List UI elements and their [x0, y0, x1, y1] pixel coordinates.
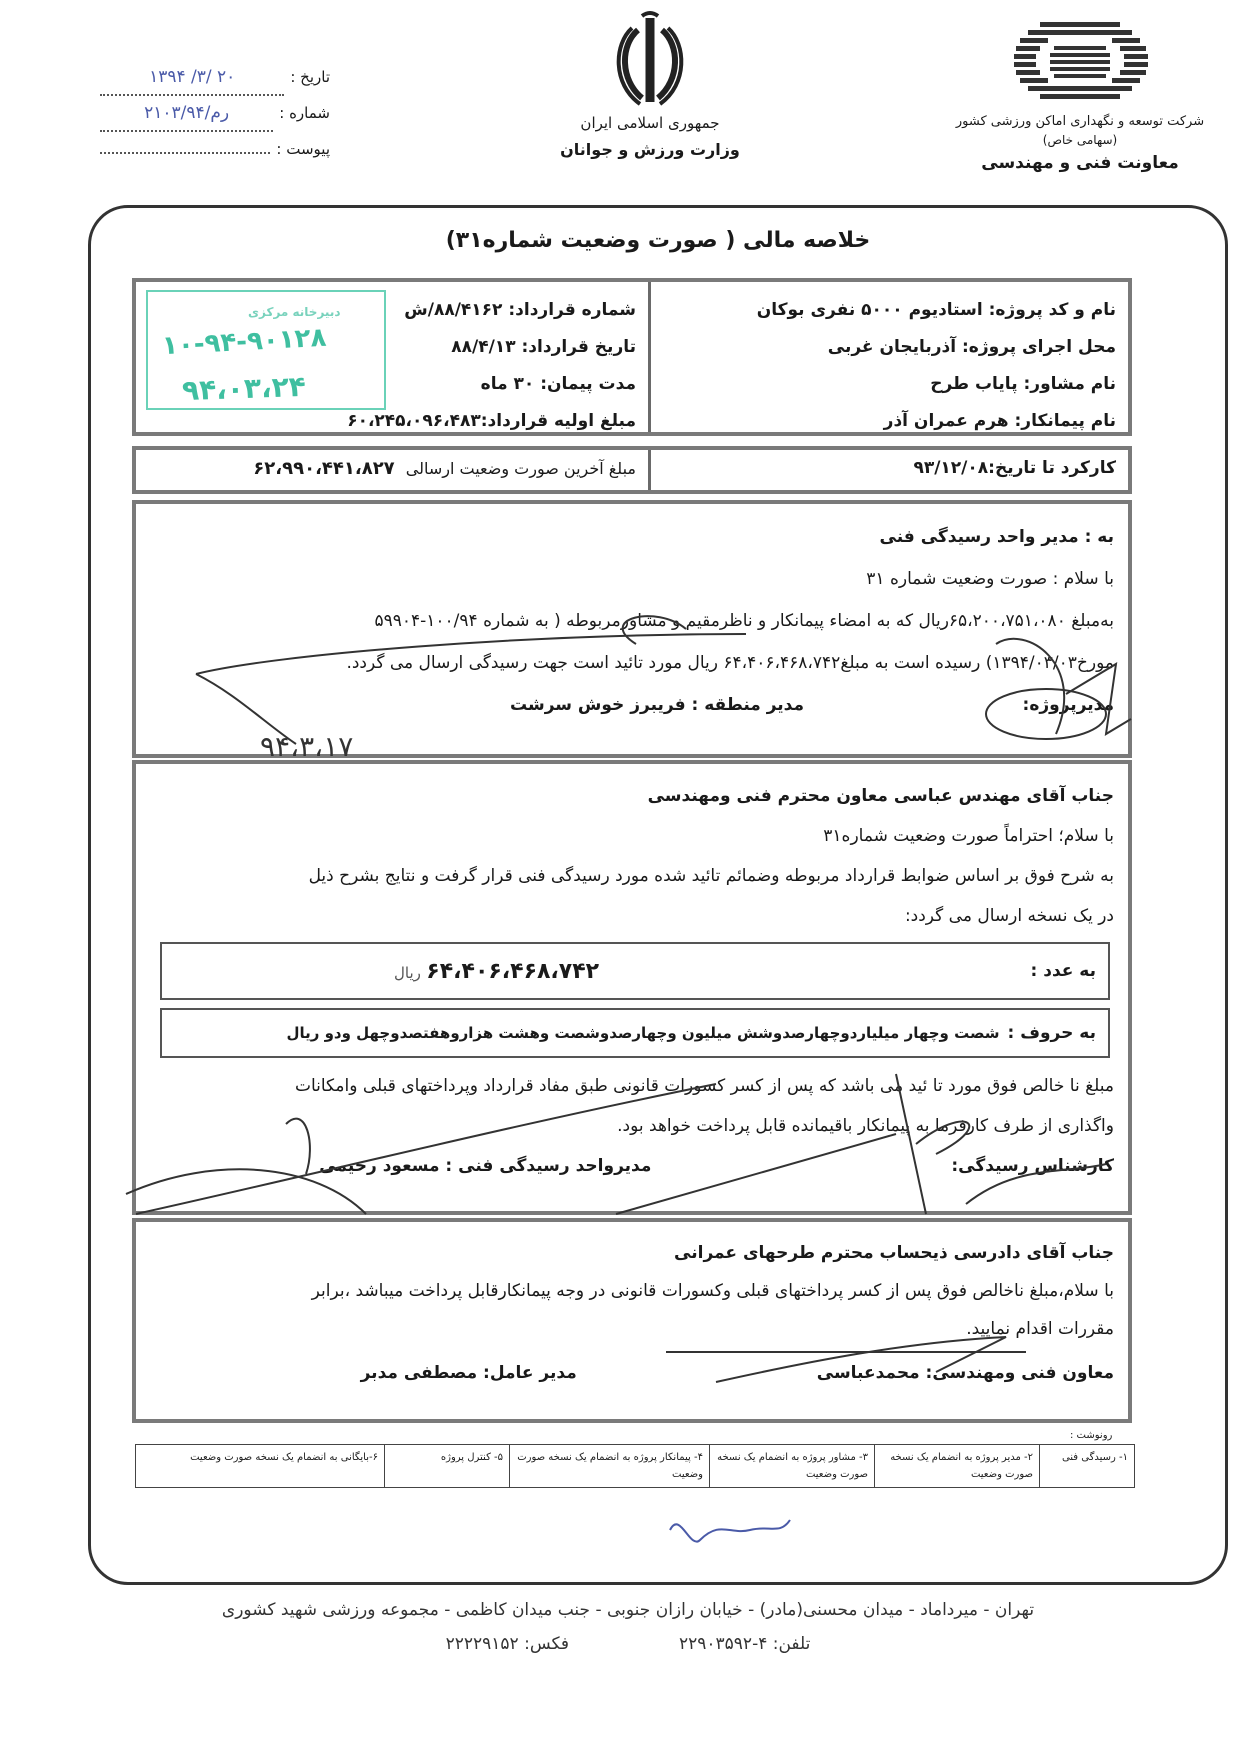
distribution-cell-2: ۲- مدیر پروژه به انضمام یک نسخه صورت وضع… [874, 1445, 1039, 1487]
number-value: ۲۱۰۳/۹۴/رم [100, 96, 273, 132]
distribution-cell-1: ۱- رسیدگی فنی [1039, 1445, 1134, 1487]
project-manager-label: مدیرپروژه: [1023, 684, 1114, 726]
distribution-cell-5: ۵- کنترل پروژه [384, 1445, 509, 1487]
section3-body-2: مقررات اقدام نمایید. [150, 1310, 1114, 1348]
project-info-box: نام و کد پروژه: استادیوم ۵۰۰۰ نفری بوکان… [132, 278, 1132, 436]
last-statement: مبلغ آخرین صورت وضعیت ارسالی ۶۲،۹۹۰،۴۴۱،… [136, 450, 648, 490]
section-technical-review-request: به : مدیر واحد رسیدگی فنی با سلام : صورت… [132, 500, 1132, 758]
section1-body-1: به‌مبلغ ۶۵،۲۰۰،۷۵۱،۰۸۰ریال که به امضاء پ… [150, 600, 1114, 642]
section2-body-1: به شرح فوق بر اساس ضوابط قرارداد مربوطه … [150, 856, 1114, 896]
last-statement-label: مبلغ آخرین صورت وضعیت ارسالی [406, 459, 636, 478]
unit-manager: مدیرواحد رسیدگی فنی : مسعود رحیمی [319, 1146, 651, 1186]
amount-numeric: ۶۴،۴۰۶،۴۶۸،۷۴۲ ریال [174, 959, 599, 984]
section2-recipient: جناب آقای مهندس عباسی معاون محترم فنی وم… [150, 776, 1114, 816]
amount-words-label: به حروف : [1008, 1023, 1096, 1043]
section-treasury-approval: جناب آقای دادرسی ذیحساب محترم طرحهای عمر… [132, 1218, 1132, 1423]
registry-stamp: دبیرخانه مرکزی ۱۰-۹۴-۹۰۱۲۸ ۹۴،۰۳،۲۴ [146, 290, 386, 410]
handwritten-note [660, 1500, 800, 1560]
company-header: شرکت توسعه و نگهداری اماکن ورزشی کشور (س… [940, 18, 1220, 173]
stamp-number: ۱۰-۹۴-۹۰۱۲۸ [161, 320, 327, 366]
date-row: تاریخ : ۱۳۹۴ /۳/ ۲۰ [100, 60, 330, 96]
work-summary-box: کارکرد تا تاریخ:۹۳/۱۲/۰۸ مبلغ آخرین صورت… [132, 446, 1132, 494]
company-type: (سهامی خاص) [940, 133, 1220, 147]
iran-emblem-icon [610, 10, 690, 110]
region-manager: مدیر منطقه : فریبرز خوش سرشت [510, 684, 804, 726]
amount-numeric-value: ۶۴،۴۰۶،۴۶۸،۷۴۲ [426, 959, 599, 984]
letter-meta: تاریخ : ۱۳۹۴ /۳/ ۲۰ شماره : ۲۱۰۳/۹۴/رم پ… [100, 60, 330, 166]
section2-note-2: واگذاری از طرف کارفرما به پیمانکار باقیم… [150, 1106, 1114, 1146]
footer-fax: فکس: ۲۲۲۲۹۱۵۲ [446, 1634, 569, 1654]
section-technical-review-result: جناب آقای مهندس عباسی معاون محترم فنی وم… [132, 760, 1132, 1215]
section1-greeting: با سلام : صورت وضعیت شماره ۳۱ [150, 558, 1114, 600]
stamp-date: ۹۴،۰۳،۲۴ [181, 368, 306, 409]
footer-address: تهران - میرداماد - میدان محسنی(مادر) - خ… [88, 1600, 1168, 1620]
ministry-name: وزارت ورزش و جوانان [520, 140, 780, 159]
project-info-right: نام و کد پروژه: استادیوم ۵۰۰۰ نفری بوکان… [648, 282, 1128, 432]
ceo-signature-line: مدیر عامل: مصطفی مدبر [361, 1354, 577, 1392]
date-label: تاریخ : [290, 60, 330, 94]
attachment-value [100, 132, 270, 154]
company-name: شرکت توسعه و نگهداری اماکن ورزشی کشور [940, 114, 1220, 129]
work-until-date: کارکرد تا تاریخ:۹۳/۱۲/۰۸ [648, 450, 1128, 490]
date-value: ۱۳۹۴ /۳/ ۲۰ [100, 60, 284, 96]
country-name: جمهوری اسلامی ایران [520, 114, 780, 132]
contractor-name: نام پیمانکار: هرم عمران آذر [663, 403, 1116, 440]
attachment-row: پیوست : [100, 132, 330, 166]
amount-numeric-label: به عدد : [1031, 961, 1097, 981]
number-label: شماره : [279, 96, 330, 130]
section2-note-1: مبلغ نا خالص فوق مورد تا ئید می باشد که … [150, 1066, 1114, 1106]
amount-words-box: به حروف : شصت وچهار میلیاردوچهارصدوشش می… [160, 1008, 1110, 1058]
amount-numeric-unit: ریال [394, 964, 421, 982]
distribution-table: ۱- رسیدگی فنی ۲- مدیر پروژه به انضمام یک… [135, 1444, 1135, 1488]
reviewer-label: کارشناس رسیدگی: [951, 1146, 1114, 1186]
project-name: نام و کد پروژه: استادیوم ۵۰۰۰ نفری بوکان [663, 292, 1116, 329]
section1-recipient: به : مدیر واحد رسیدگی فنی [150, 516, 1114, 558]
footer: تهران - میرداماد - میدان محسنی(مادر) - خ… [88, 1600, 1168, 1654]
deputy-signature-line: معاون فنی ومهندسی: محمدعباسی [817, 1354, 1114, 1392]
footer-phone: تلفن: ۴-۲۲۹۰۳۵۹۲ [679, 1634, 810, 1654]
attachment-label: پیوست : [276, 132, 330, 166]
ministry-header: جمهوری اسلامی ایران وزارت ورزش و جوانان [520, 10, 780, 159]
document-title: خلاصه مالی ( صورت وضعیت شماره۳۱) [88, 228, 1228, 253]
last-statement-value: ۶۲،۹۹۰،۴۴۱،۸۲۷ [253, 458, 394, 479]
section3-body-1: با سلام،مبلغ ناخالص فوق پس از کسر پرداخت… [150, 1272, 1114, 1310]
section2-greeting: با سلام؛ احتراماً صورت وضعیت شماره۳۱ [150, 816, 1114, 856]
department-name: معاونت فنی و مهندسی [940, 153, 1220, 173]
section1-body-2: مورخ۱۳۹۴/۰۳/۰۳) رسیده است به مبلغ۶۴،۴۰۶،… [150, 642, 1114, 684]
contract-info: شماره قرارداد: ۸۸/۴۱۶۲/ش تاریخ قرارداد: … [136, 282, 648, 432]
amount-numeric-box: به عدد : ۶۴،۴۰۶،۴۶۸،۷۴۲ ریال [160, 942, 1110, 1000]
amount-words-value: شصت وچهار میلیاردوچهارصدوشش میلیون وچهار… [286, 1024, 999, 1042]
distribution-cell-3: ۳- مشاور پروژه به انضمام یک نسخه صورت وض… [709, 1445, 874, 1487]
project-location: محل اجرای پروژه: آذربایجان غربی [663, 329, 1116, 366]
section3-recipient: جناب آقای دادرسی ذیحساب محترم طرحهای عمر… [150, 1234, 1114, 1272]
distribution-cell-4: ۴- پیمانکار پروژه به انضمام یک نسخه صورت… [509, 1445, 709, 1487]
number-row: شماره : ۲۱۰۳/۹۴/رم [100, 96, 330, 132]
distribution-cell-6: ۶-بایگانی به انضمام یک نسخه صورت وضعیت [136, 1445, 384, 1487]
consultant-name: نام مشاور: پایاب طرح [663, 366, 1116, 403]
company-logo-icon [1010, 18, 1150, 108]
section2-body-2: در یک نسخه ارسال می گردد: [150, 896, 1114, 936]
distribution-label: رونوشت : [1070, 1430, 1112, 1441]
